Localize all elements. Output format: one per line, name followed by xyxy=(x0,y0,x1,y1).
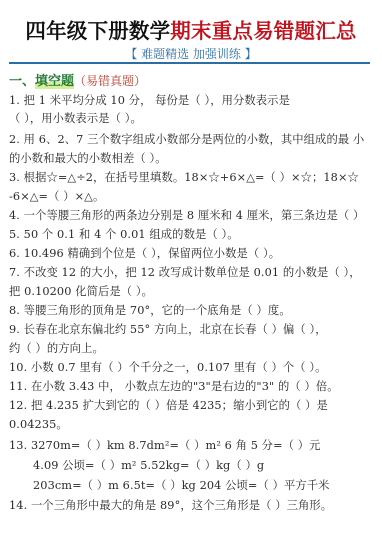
question-line: 10. 小数 0.7 里有（ ）个千分之一，0.107 里有（ ）个（ ）。 xyxy=(9,359,327,375)
question-line: 11. 在小数 3.43 中， 小数点左边的"3"是右边的"3" 的（ ）倍。 xyxy=(9,378,339,394)
subtitle: 【 难题精选 加强训练 】 xyxy=(0,45,382,62)
question-line: 4. 一个等腰三角形的两条边分别是 8 厘米和 4 厘米，第三条边是（ ） xyxy=(9,207,364,223)
section-number: 一、 xyxy=(9,74,35,89)
question-line: 14. 一个三角形中最大的角是 89°，这个三角形是（ ）三角形。 xyxy=(9,497,332,513)
question-line: 9. 长春在北京东偏北约 55° 方向上，北京在长春（ ）偏（ ）， xyxy=(9,321,327,337)
question-line: -6×△=（ ）×△。 xyxy=(9,188,104,204)
question-line: 的小数和最大的小数相差（ ）。 xyxy=(9,150,167,166)
question-line: 约（ ）的方向上。 xyxy=(9,340,104,356)
question-line: 把 0.10200 化简后是（ ）。 xyxy=(9,283,153,299)
question-line: 6. 10.496 精确到个位是（ ），保留两位小数是（ ）。 xyxy=(9,245,280,261)
section-tag: （易错真题） xyxy=(74,74,146,88)
question-line: 7. 不改变 12 的大小，把 12 改写成计数单位是 0.01 的小数是（ ）… xyxy=(9,264,361,280)
question-line: （ ），用小数表示是（ ）。 xyxy=(9,110,142,126)
question-line: 203cm=（ ）m 6.5t=（ ）kg 204 公顷=（ ）平方千米 xyxy=(33,477,330,493)
question-line: 12. 把 4.235 扩大到它的（ ）倍是 4235；缩小到它的（ ）是 xyxy=(9,397,328,413)
question-line: 3. 根据☆=△÷2，在括号里填数。18×☆+6×△=（ ）×☆；18×☆ xyxy=(9,169,359,185)
title-black-part: 四年级下册数学 xyxy=(25,19,170,43)
section-heading: 一、填空题（易错真题） xyxy=(9,70,146,89)
question-line: 8. 等腰三角形的顶角是 70°，它的一个底角是（ ）度。 xyxy=(9,302,291,318)
question-line: 1. 把 1 米平均分成 10 分， 每份是（ ），用分数表示是 xyxy=(9,92,290,108)
page-title: 四年级下册数学期末重点易错题汇总 xyxy=(0,14,382,44)
section-label: 填空题 xyxy=(35,74,74,89)
question-line: 5. 50 个 0.1 和 4 个 0.01 组成的数是（ ）。 xyxy=(9,226,239,242)
title-red-part: 期末重点易错题汇总 xyxy=(170,19,356,43)
question-line: 4.09 公顷=（ ）m² 5.52kg=（ ）kg（ ）g xyxy=(33,457,264,473)
question-line: 0.04235。 xyxy=(9,416,68,432)
question-line: 13. 3270m=（ ）km 8.7dm²=（ ）m² 6 角 5 分=（ ）… xyxy=(9,437,321,453)
divider-rule xyxy=(9,62,370,64)
question-line: 2. 用 6、2、7 三个数字组成小数部分是两位的小数，其中组成的最 小 xyxy=(9,131,364,147)
